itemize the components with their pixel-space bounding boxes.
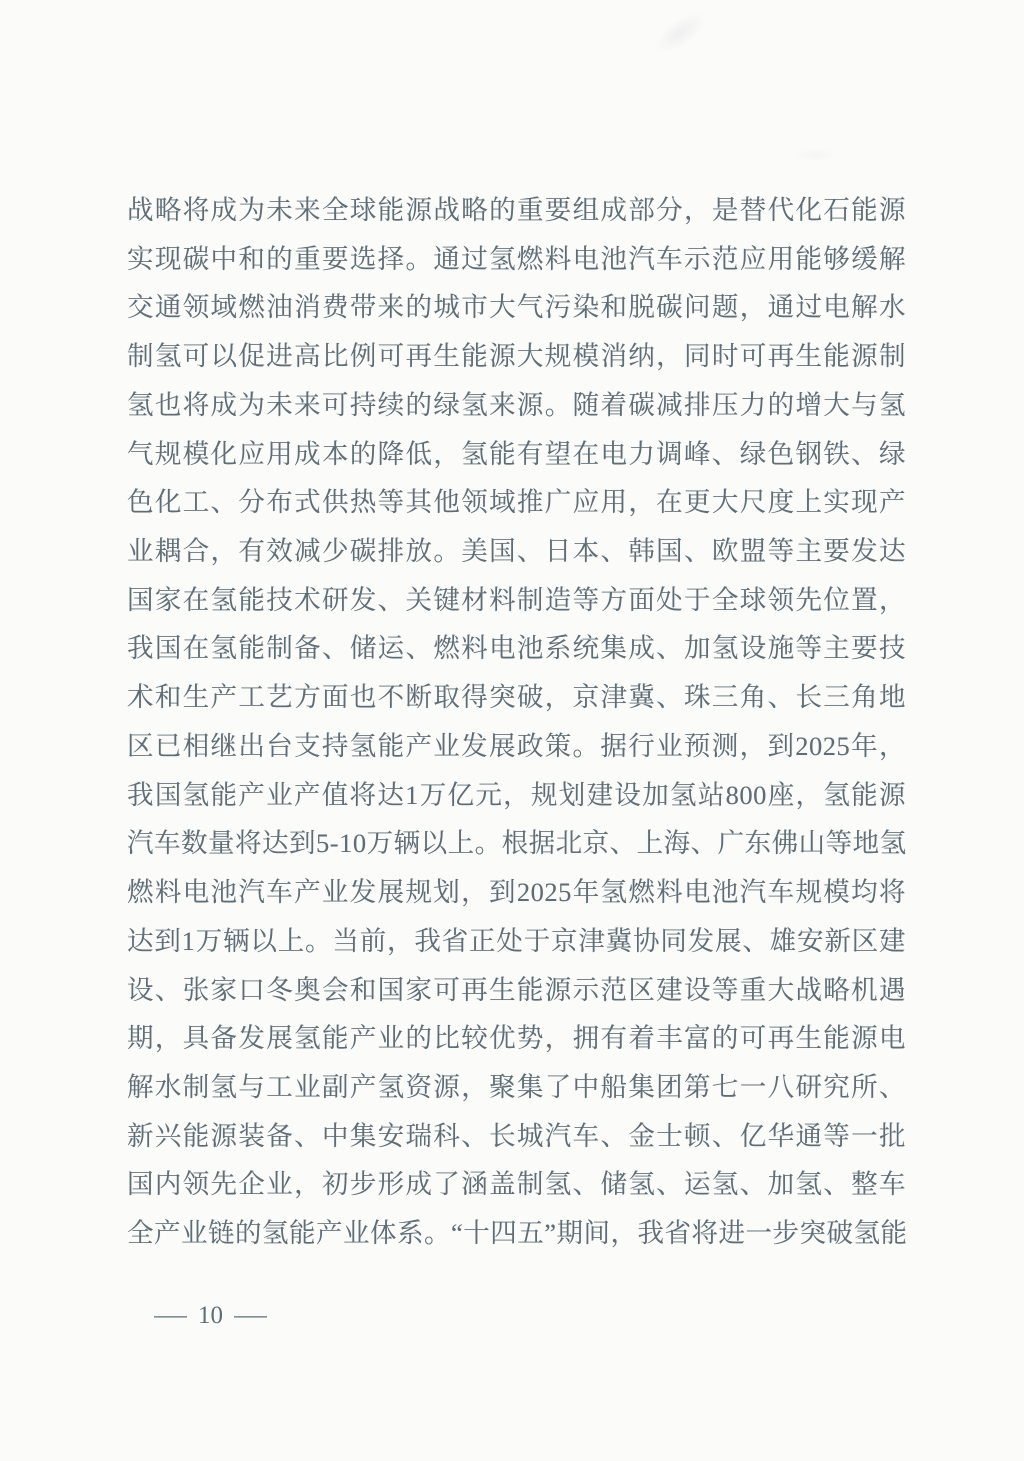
text-line: 气规模化应用成本的降低，氢能有望在电力调峰、绿色钢铁、绿 (127, 430, 906, 479)
text-line: 设、张家口冬奥会和国家可再生能源示范区建设等重大战略机遇 (127, 966, 906, 1015)
text-line: 氢也将成为未来可持续的绿氢来源。随着碳减排压力的增大与氢 (127, 381, 906, 430)
text-line: 交通领域燃油消费带来的城市大气污染和脱碳问题，通过电解水 (127, 283, 906, 332)
document-page: 战略将成为未来全球能源战略的重要组成部分，是替代化石能源实现碳中和的重要选择。通… (0, 0, 1024, 1461)
text-line: 业耦合，有效减少碳排放。美国、日本、韩国、欧盟等主要发达 (127, 527, 906, 576)
text-line: 燃料电池汽车产业发展规划，到2025年氢燃料电池汽车规模均将 (127, 868, 906, 917)
text-line: 战略将成为未来全球能源战略的重要组成部分，是替代化石能源 (127, 186, 906, 235)
text-line: 解水制氢与工业副产氢资源，聚集了中船集团第七一八研究所、 (127, 1063, 906, 1112)
page-footer: — 10 — (158, 1301, 263, 1331)
text-line: 国内领先企业，初步形成了涵盖制氢、储氢、运氢、加氢、整车 (127, 1160, 906, 1209)
scan-smudge (795, 148, 835, 162)
text-line: 色化工、分布式供热等其他领域推广应用，在更大尺度上实现产 (127, 478, 906, 527)
text-line: 我国氢能产业产值将达1万亿元，规划建设加氢站800座，氢能源 (127, 771, 906, 820)
footer-dash-right: — (234, 1301, 267, 1331)
footer-dash-left: — (154, 1301, 187, 1331)
text-line: 全产业链的氢能产业体系。“十四五”期间，我省将进一步突破氢能 (127, 1209, 906, 1258)
page-number: 10 (196, 1301, 225, 1331)
text-line: 区已相继出台支持氢能产业发展政策。据行业预测，到2025年， (127, 722, 906, 771)
text-line: 我国在氢能制备、储运、燃料电池系统集成、加氢设施等主要技 (127, 624, 906, 673)
text-line: 汽车数量将达到5-10万辆以上。根据北京、上海、广东佛山等地氢 (127, 819, 906, 868)
scan-smudge (648, 5, 712, 61)
text-line: 达到1万辆以上。当前，我省正处于京津冀协同发展、雄安新区建 (127, 917, 906, 966)
body-text: 战略将成为未来全球能源战略的重要组成部分，是替代化石能源实现碳中和的重要选择。通… (127, 186, 906, 1258)
text-line: 国家在氢能技术研发、关键材料制造等方面处于全球领先位置， (127, 576, 906, 625)
text-line: 期，具备发展氢能产业的比较优势，拥有着丰富的可再生能源电 (127, 1014, 906, 1063)
text-line: 实现碳中和的重要选择。通过氢燃料电池汽车示范应用能够缓解 (127, 235, 906, 284)
text-line: 制氢可以促进高比例可再生能源大规模消纳，同时可再生能源制 (127, 332, 906, 381)
text-line: 新兴能源装备、中集安瑞科、长城汽车、金士顿、亿华通等一批 (127, 1112, 906, 1161)
text-line: 术和生产工艺方面也不断取得突破，京津冀、珠三角、长三角地 (127, 673, 906, 722)
